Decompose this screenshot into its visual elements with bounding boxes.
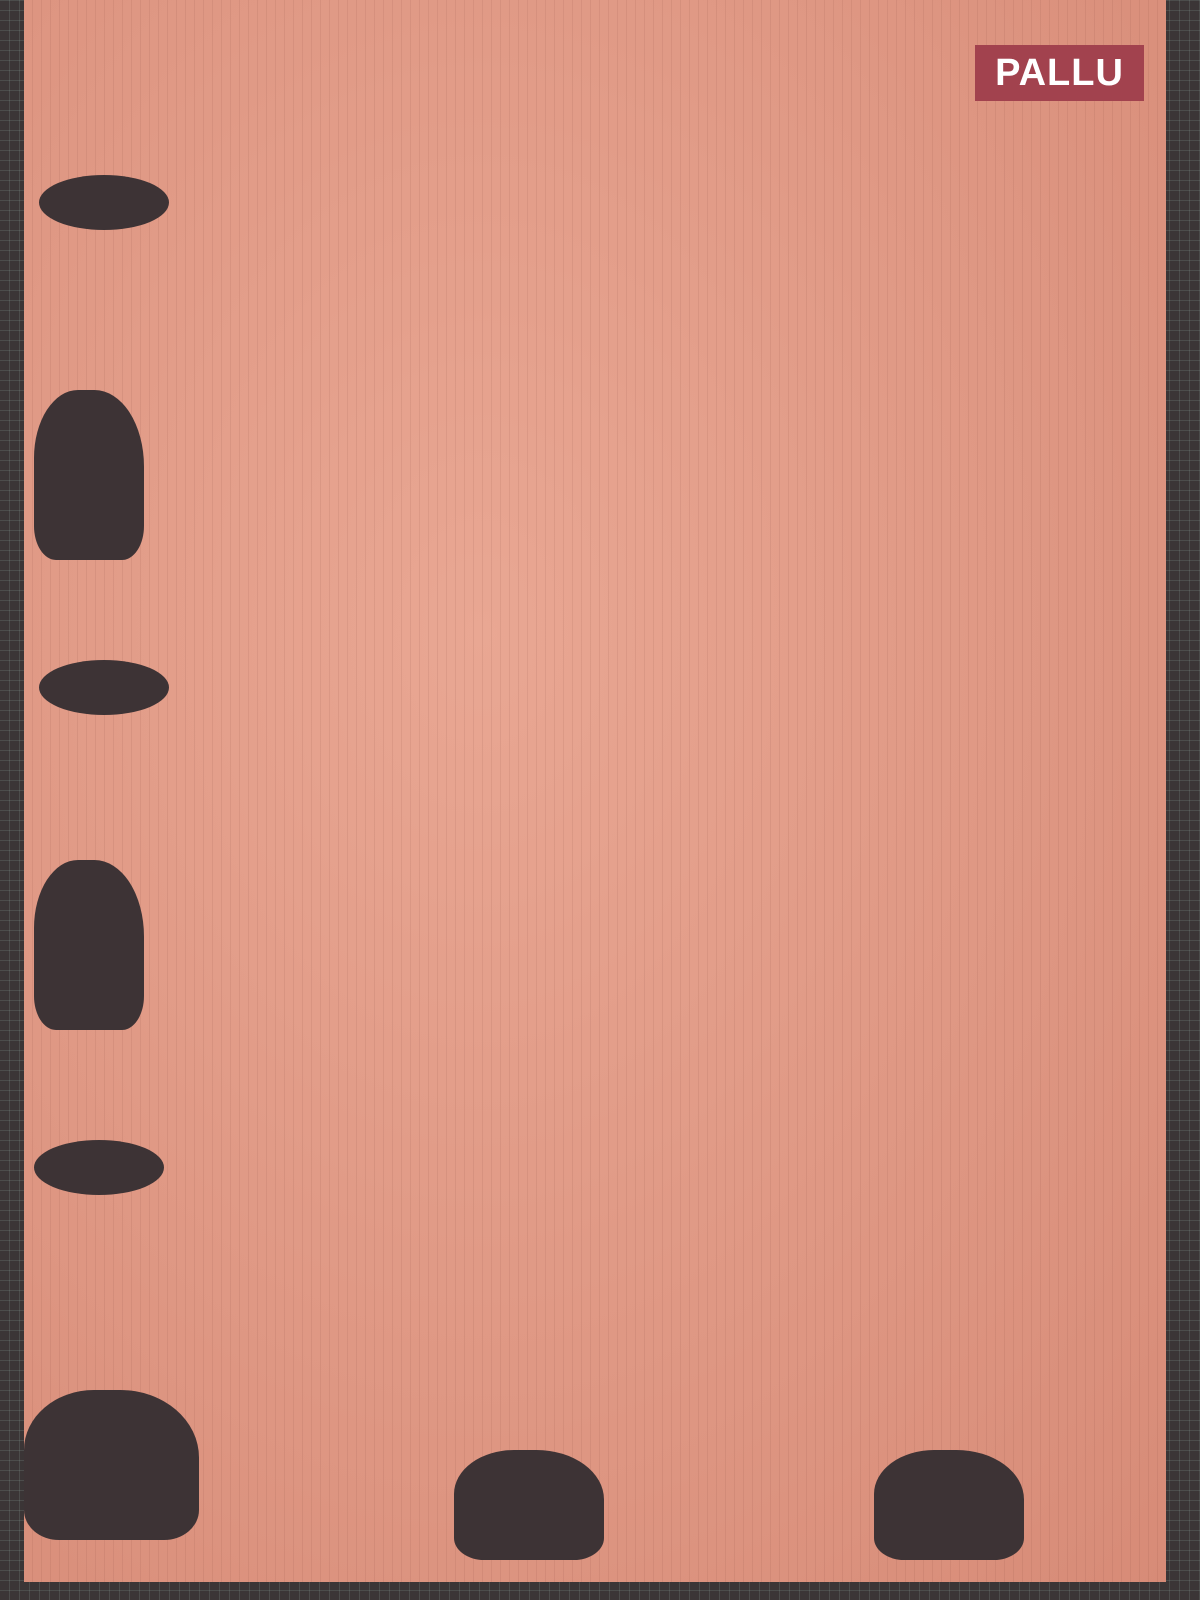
elephant-motif (874, 1450, 1024, 1560)
elephant-motif (34, 390, 144, 560)
saree-photo: PALLU (0, 0, 1200, 1600)
saree-body-fabric (24, 0, 1166, 1582)
elephant-motif (24, 1390, 199, 1540)
pallu-label-badge: PALLU (975, 45, 1144, 101)
peacock-motif (39, 175, 169, 230)
peacock-motif (34, 1140, 164, 1195)
peacock-motif (39, 660, 169, 715)
elephant-motif (454, 1450, 604, 1560)
elephant-motif (34, 860, 144, 1030)
